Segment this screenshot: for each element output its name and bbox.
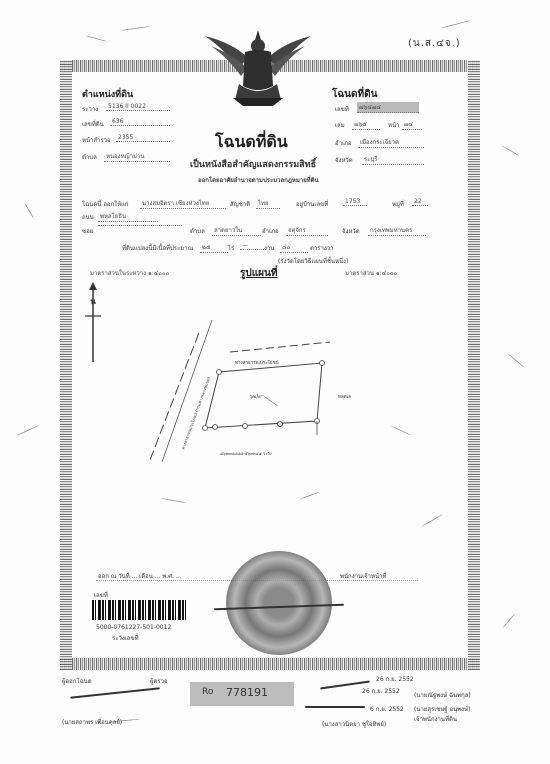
barcode-label: เลขที่ [94,590,108,600]
paper-fiber [440,20,469,29]
paper-fiber [501,145,519,156]
land-title-deed-page: (น.ส.๔จ.) ตำแหน่งที่ดิน ระวาง 5136 II 00… [0,0,550,764]
left-role: ผู้ตรวจ [150,676,168,686]
paper-fiber [85,35,107,42]
document-title: โฉนดที่ดิน [215,130,288,155]
area-rai-value: ๒๕ [200,242,228,253]
house-no-value: 1753 [343,198,367,206]
tambon-label: ตำบล [82,152,97,162]
area-ngan-unit: งาน [264,243,274,253]
survey-page-value: 2355 [116,134,170,142]
area-label: ที่ดินแปลงนี้มีเนื้อที่ประมาณ [122,243,193,253]
area-note: (รังวัดโดยวิธีแผนที่ชั้นหนึ่ง) [278,256,348,266]
amphoe-label: อำเภอ [335,138,352,148]
land-position-heading: ตำแหน่งที่ดิน [82,87,133,101]
moo-label: หมู่ที่ [392,199,404,209]
paper-fiber [24,202,34,218]
paper-fiber [16,425,39,436]
serial-prefix: Ro [202,687,213,697]
tambon-value: หนองหญ้าม่าน [104,151,170,162]
right-role: เจ้าพนักงานที่ดิน [414,714,457,724]
barcode-sub: ระวังเลขที่ [112,633,139,643]
owner-amphoe-value: จตุจักร [286,225,328,236]
scale-left-label: มาตราส่วนในระหว่าง [90,270,146,277]
official-seal-icon [226,551,332,655]
area-wa-value: ๘๐ [280,242,308,253]
soi-label: ซอย [82,226,93,236]
sheet-label: ระวาง [82,104,98,114]
svg-text:น: น [90,297,96,306]
right-name-1: (นายณัฐพงษ์ ฉันทกุล) [414,690,471,700]
signature-left [70,687,160,698]
page-value: ๗๔ [402,119,422,130]
svg-text:ทางสาธารณประโยชน์: ทางสาธารณประโยชน์ [235,359,279,366]
map-heading: รูปแผนที่ [240,266,277,281]
owner-province-value: กรุงเทพมหานคร [368,225,426,236]
border-bottom [60,658,480,670]
province-value: ระบุรี [362,154,424,165]
barcode-block: เลขที่ 5000-0761227-501-0012 ระวังเลขที่ [92,590,207,645]
owner-tambon-label: ตำบล [190,226,205,236]
deed-no-value: ๗๖๔๗๔ [357,102,419,113]
page-label: หน้า [388,120,399,130]
signature-right-2 [305,706,365,708]
garuda-emblem-icon [203,28,313,110]
parcel-no-label: เลขที่ดิน [82,119,104,129]
serial-number-box: Ro 778191 [190,682,294,706]
left-name: (นายสถาพร เพื่อนดุลย์) [62,717,122,727]
serial-number: 778191 [226,686,268,699]
paper-fiber [120,26,150,31]
owner-prefix: โฉนดนี้ ออกให้แก่ [82,199,129,209]
svg-text:ทางสาธารณประโยชน์ (กรมทางหลวงช: ทางสาธารณประโยชน์ (กรมทางหลวงชนบท) [180,376,211,451]
bottom-name: (นางสาวนิตยา ชูใจทิพย์) [322,719,386,729]
right-date-1: 26 ก.ย. 2552 [376,674,414,684]
owner-name: นางสมจิตรา เซียงห่วงไทย [140,198,226,209]
scale-right-label: มาตราส่วน [345,270,374,277]
sheet-value: 5136 II 0022 [106,103,170,111]
soi-value [98,225,182,226]
issuer-line: ออกโดยอาศัยอำนาจตามประมวลกฎหมายที่ดิน [198,175,319,185]
scale-left-value: ๑:๔๐๐๐ [148,270,169,277]
paper-fiber [503,613,515,627]
road-value: พหลโยธิน [98,211,158,222]
document-subtitle: เป็นหนังสือสำคัญแสดงกรรมสิทธิ์ [190,157,316,171]
scale-left: มาตราส่วนในระหว่าง ๑:๔๐๐๐ [90,268,169,278]
border-right [468,60,480,670]
svg-text:หลุดเล: หลุดเล [338,395,351,400]
area-rai-unit: ไร่ [228,243,234,253]
nationality-label: สัญชาติ [230,199,250,209]
amphoe-value: เมืองกระเจียวค [358,137,424,148]
province-label: จังหวัด [335,155,353,165]
svg-text:๕๖๓๓๘๔๘๕-๕๖๓๓๔๕ ระวัง: ๕๖๓๓๘๔๘๕-๕๖๓๓๔๕ ระวัง [220,451,272,456]
form-code: (น.ส.๔จ.) [408,36,461,51]
road-label: ถนน [82,212,94,222]
scale-right-value: ๑:๔๐๐๐ [376,270,397,277]
moo-value: 22 [412,198,428,206]
scale-right: มาตราส่วน ๑:๔๐๐๐ [345,268,397,278]
paper-fiber [507,353,524,368]
issuer-title: ผู้ออกโฉนด [62,676,92,686]
owner-province-label: จังหวัด [342,226,360,236]
area-ngan-value: — [240,242,264,250]
north-arrow-icon: น [83,282,103,362]
right-name-2: (นายสุรเชษฐ์ อนุพงษ์) [414,704,470,714]
svg-text:๖๒/๙: ๖๒/๙ [250,394,262,400]
deed-heading: โฉนดที่ดิน [332,87,377,102]
right-date-3: 6 ก.ย. 2552 [370,704,404,714]
right-date-2: 26 ก.ย. 2552 [362,686,400,696]
border-left [60,60,72,670]
owner-amphoe-label: อำเภอ [262,226,279,236]
survey-page-label: หน้าสำรวจ [82,135,111,145]
barcode-icon [92,600,187,620]
volume-value: ๗๖๕ [352,119,380,130]
volume-label: เล่ม [335,120,345,130]
parcel-map: ๖๒/๙ ทางสาธารณประโยชน์ หลุดเล ๕๖๓๓๘๔๘๕-๕… [150,290,370,470]
barcode-number: 5000-0761227-501-0012 [96,624,171,631]
house-no-label: อยู่บ้านเลขที่ [296,199,328,209]
nationality-value: ไทย [256,198,280,209]
owner-tambon-value: ลาดยาวใน [212,225,261,236]
area-wa-unit: ตารางวา [310,243,334,253]
deed-no-label: เลขที่ [335,104,349,114]
parcel-no-value: 636 [110,118,170,126]
